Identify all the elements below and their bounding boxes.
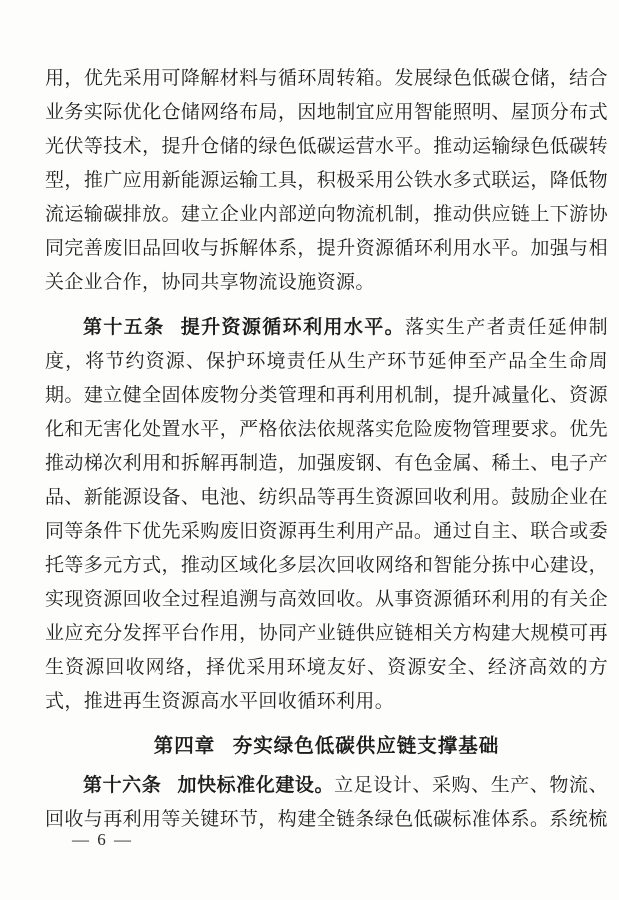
document-body: 用，优先采用可降解材料与循环周转箱。发展绿色低碳仓储，结合业务实际优化仓储网络布… (45, 62, 608, 837)
document-page: 用，优先采用可降解材料与循环周转箱。发展绿色低碳仓储，结合业务实际优化仓储网络布… (0, 0, 619, 900)
article-15-paragraph: 第十五条提升资源循环利用水平。落实生产者责任延伸制度，将节约资源、保护环境责任从… (45, 311, 608, 719)
article-16-title: 加快标准化建设。 (177, 775, 334, 796)
article-15-title: 提升资源循环利用水平。 (181, 317, 405, 338)
chapter-4-title: 夯实绿色低碳供应链支撑基础 (233, 736, 500, 757)
article-16-paragraph: 第十六条加快标准化建设。立足设计、采购、生产、物流、回收与再利用等关键环节，构建… (45, 769, 608, 837)
paragraph-logistics-continuation: 用，优先采用可降解材料与循环周转箱。发展绿色低碳仓储，结合业务实际优化仓储网络布… (45, 62, 608, 300)
page-number: — 6 — (72, 828, 133, 852)
chapter-4-heading: 第四章夯实绿色低碳供应链支撑基础 (45, 730, 608, 764)
chapter-4-number: 第四章 (154, 736, 216, 757)
article-15-body: 落实生产者责任延伸制度，将节约资源、保护环境责任从生产环节延伸至产品全生命周期。… (45, 317, 608, 712)
article-15-number: 第十五条 (83, 317, 165, 338)
article-16-number: 第十六条 (83, 775, 161, 796)
